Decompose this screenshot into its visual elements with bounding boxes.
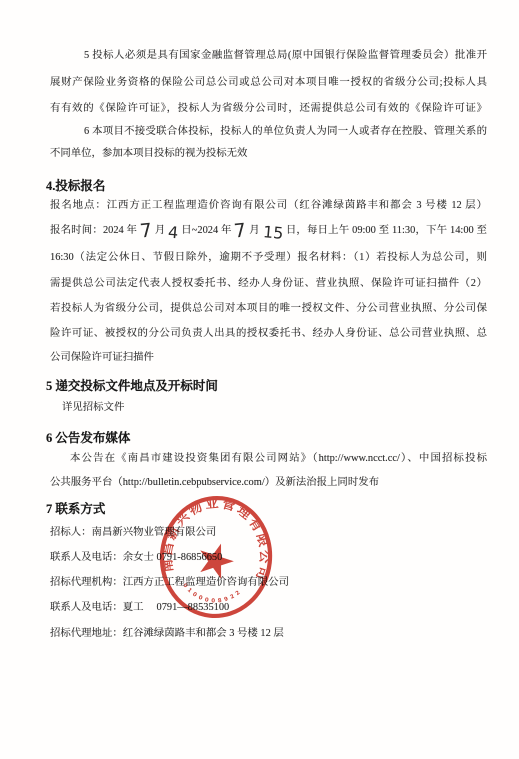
time-line-suffix: 日，每日上午 09:00 至 11:30，下午 14:00 至 [286,225,487,236]
section-5-body: 详见招标文件 [50,400,487,415]
agency-address-line: 招标代理地址：红谷滩绿茵路丰和都会 3 号楼 12 层 [50,626,487,641]
media-line-2: 公共服务平台（http://bulletin.cebpubservice.com… [50,475,487,490]
media-line-1: 本公告在《南昌市建设投资集团有限公司网站》（http://www.ncct.cc… [50,451,487,466]
time-line-mid-1: 月 [155,225,166,236]
registration-line-7: 公司保险许可证扫描件 [50,350,487,365]
company-seal-stamp: 南昌新兴物业管理有限公司 ★ 0100008922 [152,488,281,625]
seal-star-icon: ★ [188,530,243,591]
registration-line-3: 16:30（法定公休日、节假日除外，逾期不予受理）报名材料：（1）若投标人为总公… [50,250,487,265]
time-line-mid-3: 月 [249,225,260,236]
section-4-heading: 4.投标报名 [46,178,486,194]
section-6-heading: 6 公告发布媒体 [46,430,486,446]
handwritten-month-2: 7 [234,230,246,231]
time-line-prefix: 报名时间：2024 年 [50,225,137,236]
registration-line-6: 险许可证、被授权的分公司负责人出具的授权委托书、经办人身份证、总公司营业执照、总 [50,326,487,341]
registration-line-5: 若投标人为省级分公司，提供总公司对本项目的唯一授权文件、分公司营业执照、分公司保 [50,301,487,316]
clause-6-line-2: 不同单位，参加本项目投标的视为投标无效 [50,146,487,161]
clause-6-line-1: 6 本项目不接受联合体投标，投标人的单位负责人为同一人或者存在控股、管理关系的 [50,124,487,139]
time-line-mid-2: 日~2024 年 [181,225,231,236]
handwritten-month-1: 7 [140,230,152,231]
clause-5-line-1: 5 投标人必须是具有国家金融监督管理总局(原中国银行保险监督管理委员会）批准开 [50,48,487,63]
scanned-document-page: 5 投标人必须是具有国家金融监督管理总局(原中国银行保险监督管理委员会）批准开 … [0,0,519,759]
handwritten-day-1: 4 [168,233,178,234]
registration-line-4: 需提供总公司法定代表人授权委托书、经办人身份证、营业执照、保险许可证扫描件（2） [50,276,487,291]
handwritten-day-2: 15 [263,232,283,234]
registration-place-line: 报名地点：江西方正工程监理造价咨询有限公司（红谷滩绿茵路丰和都会 3 号楼 12… [50,198,487,213]
clause-5-line-2: 展财产保险业务资格的保险公司总公司或总公司对本项目唯一授权的省级分公司;投标人具 [50,75,487,90]
registration-time-line: 报名时间：2024 年 7 月 4 日~2024 年 7 月 15 日，每日上午… [50,223,487,238]
section-5-heading: 5 递交投标文件地点及开标时间 [46,378,486,394]
clause-5-line-3: 有有效的《保险许可证》，投标人为省级分公司时，还需提供总公司有效的《保险许可证》 [50,101,487,116]
seal-graphic: 南昌新兴物业管理有限公司 ★ 0100008922 [152,488,281,625]
